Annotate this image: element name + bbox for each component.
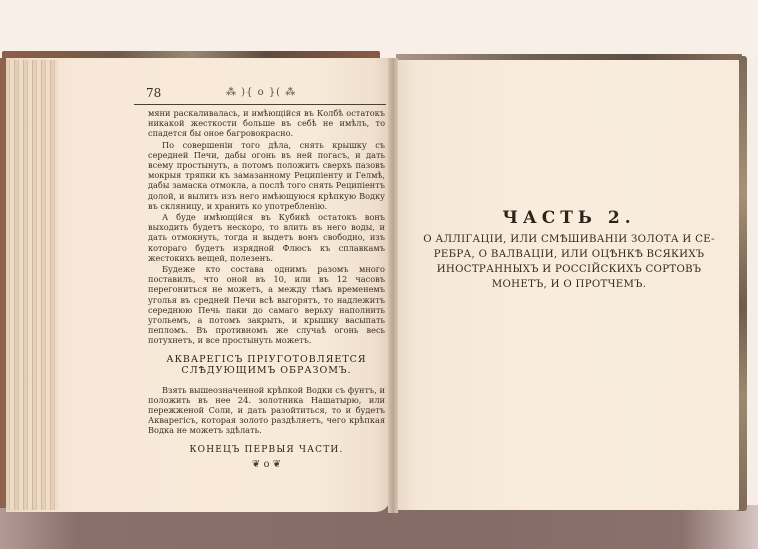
header-rule [134, 104, 386, 105]
tailpiece-ornament-icon: ❦ o ❦ [148, 459, 385, 471]
chapter-description-line: О АЛЛІГАЦІИ, ИЛИ СМѢШИВАНІИ ЗОЛОТА И СЕ- [400, 232, 738, 247]
chapter-description-line: ИНОСТРАННЫХЪ И РОССІЙСКИХЪ СОРТОВЪ [400, 262, 738, 277]
chapter-title: ЧАСТЬ 2. [400, 208, 738, 228]
paragraph: А буде имѣющійся въ Кубикѣ остатокъ вонъ… [148, 212, 385, 263]
paragraph: По совершеніи того дѣла, снять крышку съ… [148, 140, 385, 211]
page-stack-edges [6, 60, 58, 510]
paragraph: мяни раскаливалась, и имѣющійся въ Колбѣ… [148, 108, 385, 139]
page-number: 78 [146, 86, 161, 100]
chapter-description-line: МОНЕТЪ, И О ПРОТЧЕМЪ. [400, 277, 738, 292]
ornament-icon: ⁂ ){ o }( ⁂ [226, 87, 296, 98]
left-page-text: мяни раскаливалась, и имѣющійся въ Колбѣ… [148, 108, 385, 471]
running-header: 78 ⁂ ){ o }( ⁂ [134, 86, 384, 104]
section-subheading: АКВАРЕГІСЪ ПРІУГОТОВЛЯЕТСЯ СЛѢДУЮЩИМЪ ОБ… [148, 354, 385, 376]
paragraph: Будеже кто состава однимъ разомъ много п… [148, 264, 385, 346]
chapter-description-line: РЕБРА, О ВАЛВАЦІИ, ИЛИ ОЦѢНКѢ ВСЯКИХЪ [400, 247, 738, 262]
scan-background-top [0, 0, 758, 58]
recipe-paragraph: Взять вышеозначенной крѣпкой Водки съ фу… [148, 385, 385, 436]
chapter-description: О АЛЛІГАЦІИ, ИЛИ СМѢШИВАНІИ ЗОЛОТА И СЕ-… [400, 232, 738, 292]
book-gutter [388, 58, 398, 513]
end-of-part-title: КОНЕЦЪ ПЕРВЫЯ ЧАСТИ. [148, 445, 385, 455]
